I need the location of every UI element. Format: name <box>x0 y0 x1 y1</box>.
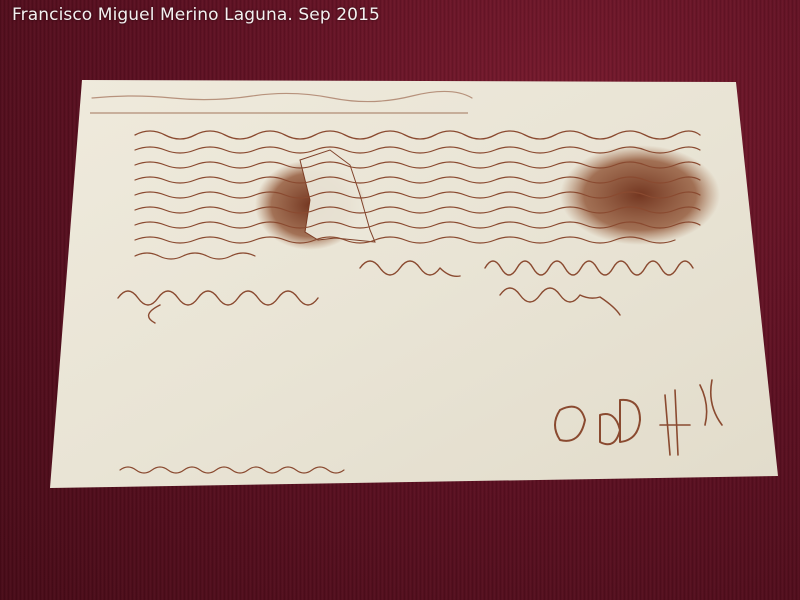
manuscript-document <box>0 0 800 600</box>
paper-sheet <box>50 80 778 488</box>
photo-credit-caption: Francisco Miguel Merino Laguna. Sep 2015 <box>12 5 380 25</box>
